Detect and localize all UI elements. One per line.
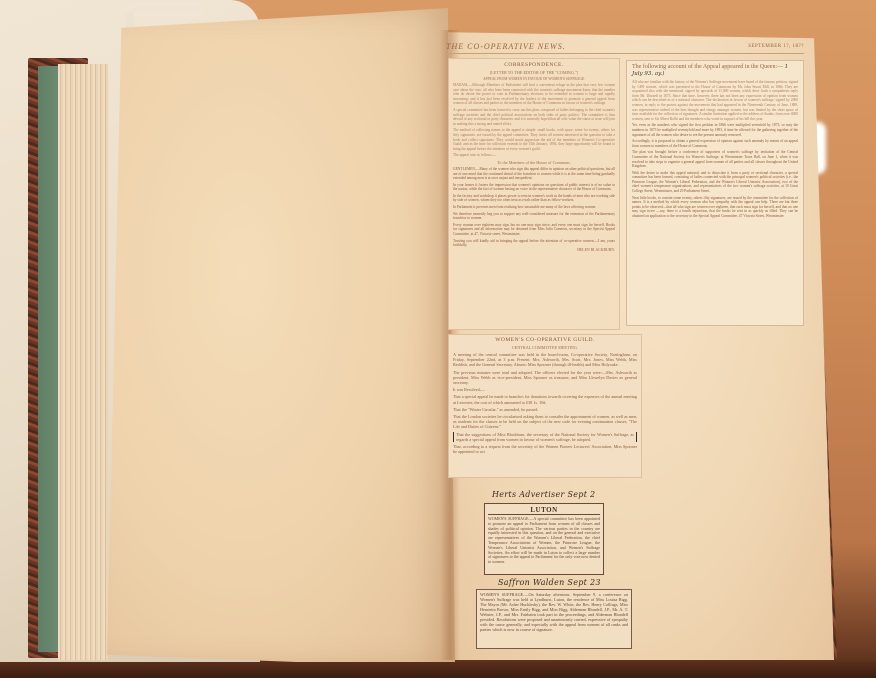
guild-heading: WOMEN'S CO-OPERATIVE GUILD. [453, 337, 637, 343]
correspondence-para-10: We therefore earnestly beg you to suppor… [453, 212, 615, 221]
tie-cord [128, 2, 203, 16]
clipping-correspondence: CORRESPONDENCE. [LETTER TO THE EDITOR OF… [448, 58, 620, 330]
correspondence-para-6: GENTLEMEN,—Many of the women who sign th… [453, 167, 615, 181]
appeal-para-1: All who are familiar with the history of… [632, 80, 798, 121]
page-stack-edge [58, 64, 108, 660]
clipping-appeal-account: The following account of the Appeal appe… [626, 60, 804, 326]
correspondence-heading: CORRESPONDENCE. [453, 62, 615, 68]
guild-para-4: That a special appeal be made to branche… [453, 394, 637, 404]
guild-subheading: CENTRAL COMMITTEE MEETING. [453, 345, 637, 350]
clipping-luton: LUTON WOMEN'S SUFFRAGE.—A special commit… [484, 503, 604, 575]
appeal-intro-text: The following account of the Appeal appe… [632, 64, 783, 70]
guild-para-8: That, according to a request from the se… [453, 444, 637, 454]
appeal-intro: The following account of the Appeal appe… [632, 64, 798, 78]
correspondence-para-3: The method of collecting names to the ap… [453, 128, 615, 151]
clipping-womens-suffrage: WOMEN'S SUFFRAGE.—On Saturday afternoon,… [476, 589, 632, 649]
saffron-paragraph: WOMEN'S SUFFRAGE.—On Saturday afternoon,… [480, 592, 628, 632]
appeal-para-5: With the desire to make this appeal nati… [632, 171, 798, 194]
left-page-blank [100, 8, 455, 668]
correspondence-title: APPEAL FROM WOMEN IN FAVOUR OF WOMEN'S S… [453, 77, 615, 81]
correspondence-para-9: In Parliament it prevents men from reali… [453, 205, 615, 210]
masthead-date: SEPTEMBER 1?, 18?? [748, 44, 804, 49]
handwritten-label-saffron: Saffron Walden Sept 23 [498, 578, 601, 587]
correspondence-para-1: MADAM,—Although Members of Parliament st… [453, 83, 615, 106]
correspondence-para-2: A special committee has been formed to c… [453, 108, 615, 126]
appeal-para-6: Neat little books, to contain some twent… [632, 196, 798, 219]
appeal-para-4: The plan was brought before a conference… [632, 150, 798, 168]
handwritten-label-herts: Herts Advertiser Sept 2 [492, 490, 595, 499]
table-edge [0, 662, 876, 678]
guild-para-1: A meeting of the central committee was h… [453, 352, 637, 368]
guild-para-2: The previous minutes were read and adopt… [453, 370, 637, 386]
newspaper-masthead: THE CO-OPERATIVE NEWS. SEPTEMBER 1?, 18?… [446, 40, 804, 54]
clipping-womens-guild: WOMEN'S CO-OPERATIVE GUILD. CENTRAL COMM… [448, 334, 642, 478]
guild-para-3: It was Resolved,— [453, 387, 637, 392]
appeal-para-2: Yet, even as the numbers who signed the … [632, 123, 798, 137]
correspondence-signature: HELEN BLACKBURN. [453, 248, 615, 252]
guild-para-7: That the suggestions of Miss Blackburn, … [453, 432, 637, 442]
correspondence-para-8: In the factory and workshop it places po… [453, 194, 615, 203]
luton-heading: LUTON [488, 506, 600, 515]
masthead-title: THE CO-OPERATIVE NEWS. [446, 42, 566, 51]
correspondence-para-12: Trusting you will kindly aid in bringing… [453, 239, 615, 248]
correspondence-para-4: The appeal runs as follows:— [453, 153, 615, 158]
guild-para-6: That the London societies be circularise… [453, 414, 637, 430]
correspondence-para-11: Every woman over eighteen may sign, but … [453, 223, 615, 237]
correspondence-para-5: To the Members of the House of Commons. [453, 160, 615, 165]
correspondence-para-7: In your homes it fosters the impression … [453, 183, 615, 192]
guild-para-5: That the "Winter Circular," as amended, … [453, 407, 637, 412]
luton-paragraph: WOMEN'S SUFFRAGE.—A special committee ha… [488, 517, 600, 565]
appeal-para-3: Accordingly, it is proposed to obtain a … [632, 139, 798, 148]
correspondence-subheading: [LETTER TO THE EDITOR OF THE "COMING."] [453, 70, 615, 75]
